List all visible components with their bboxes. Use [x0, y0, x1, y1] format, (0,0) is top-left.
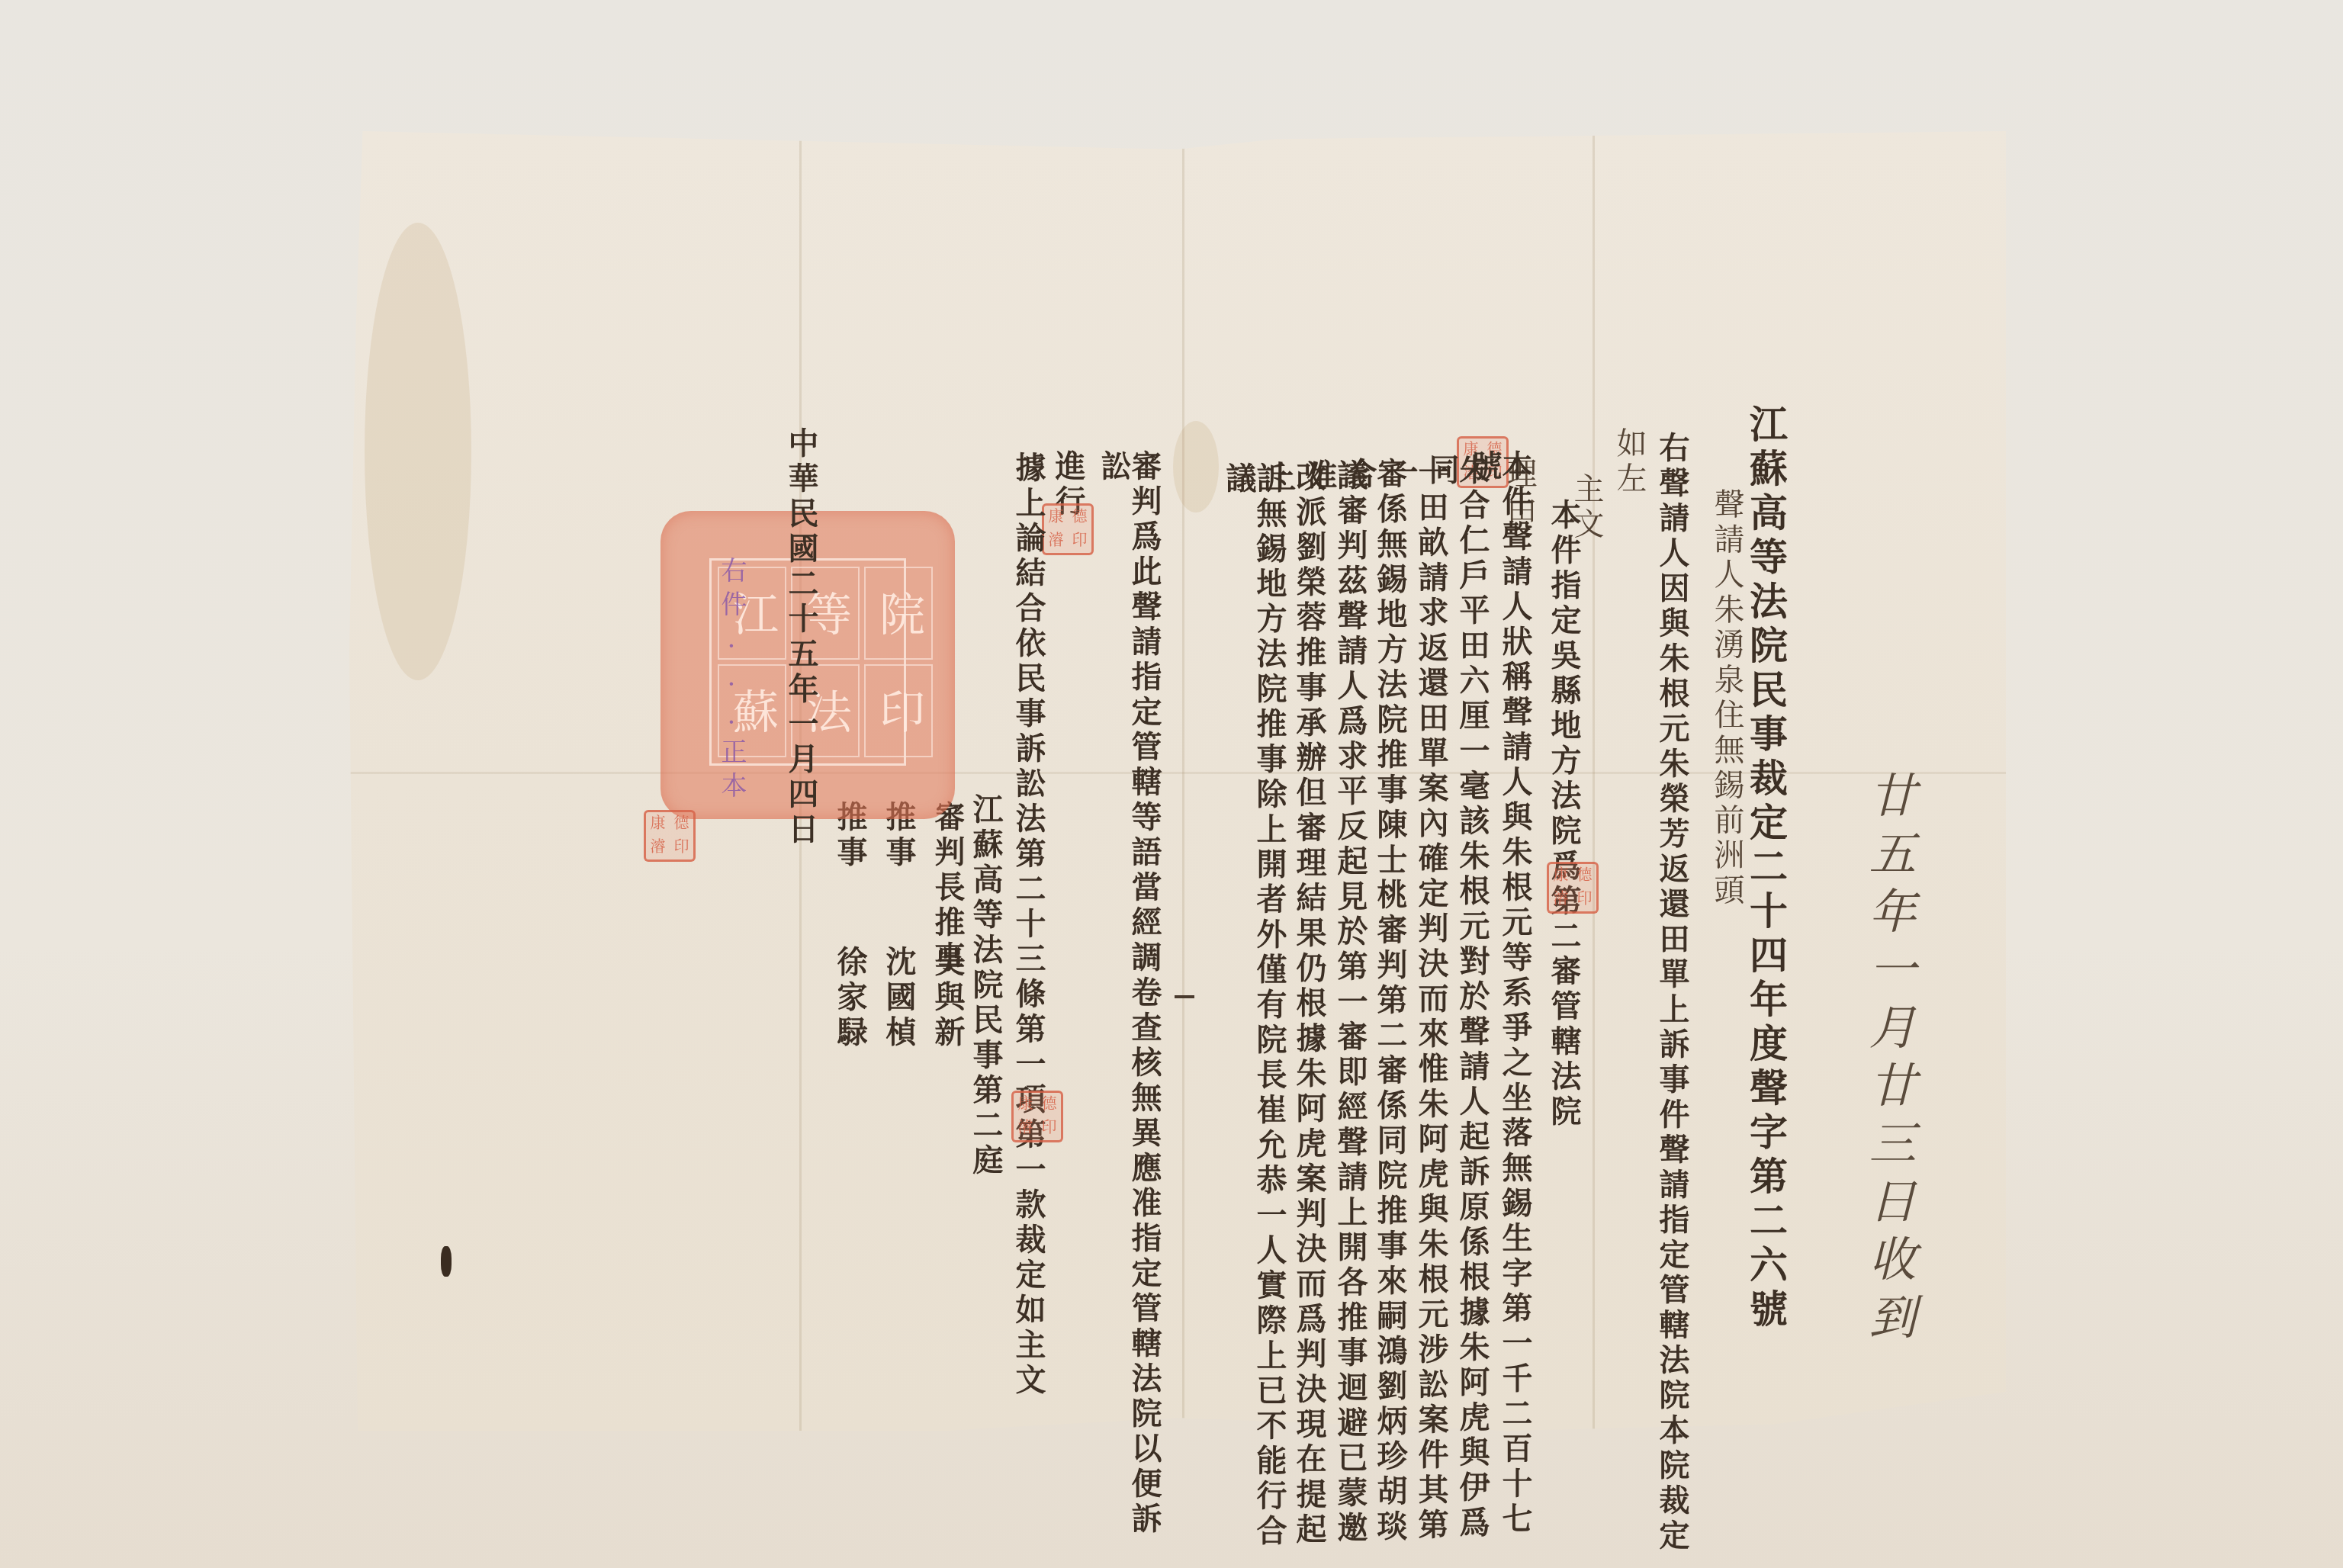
ruling-date: 中華民國二十五年一月四日 [786, 427, 816, 848]
stain [1173, 421, 1219, 512]
fold-mark [1175, 995, 1194, 998]
conclusion-column: 據上論結合依民事訴訟法第二十三條第一項第一款裁定如主文 [1013, 451, 1043, 1399]
small-seal: 康德濬印 [1547, 862, 1599, 914]
document-title: 江蘇高等法院民事裁定二十四年度聲字第二六號 [1747, 404, 1785, 1333]
handwritten-receipt-note: 廿五年一月廿三日收到 [1855, 770, 1923, 1350]
applicant-line: 聲請人朱湧泉住無錫前洲頭 [1711, 488, 1742, 909]
reasons-column: 訴無錫地方法院推事除上開者外僅有院長崔允恭一人實際上已不能行合議 [1223, 462, 1284, 1568]
stain [365, 223, 471, 680]
main-text-body: 本件指定吳縣地方法院爲第二審管轄法院 [1548, 499, 1579, 1130]
purple-stamp: 右件...正本 [713, 557, 750, 805]
fold-line [1182, 131, 1184, 1431]
judge-name: 沈國楨 [883, 946, 914, 1051]
case-line: 右聲請人因與朱根元朱榮芳返還田單上訴事件聲請指定管轄法院本院裁定 [1657, 432, 1687, 1554]
reasons-column: 審判爲此聲請指定管轄等語當經調卷查核無異應准指定管轄法院以便訴訟 [1098, 450, 1159, 1568]
court-division: 江蘇高等法院民事第二庭 [970, 793, 1001, 1179]
fold-line [1593, 131, 1595, 1431]
small-seal: 康德濬印 [1042, 503, 1094, 555]
small-seal: 康德濬印 [1011, 1091, 1063, 1142]
ink-spot [441, 1246, 452, 1277]
presiding-judge-name: 吳與新 [932, 946, 963, 1051]
as-follows: 如左 [1614, 427, 1644, 497]
judge-name: 徐家騄 [834, 946, 865, 1051]
small-seal: 康德濬印 [644, 810, 696, 862]
